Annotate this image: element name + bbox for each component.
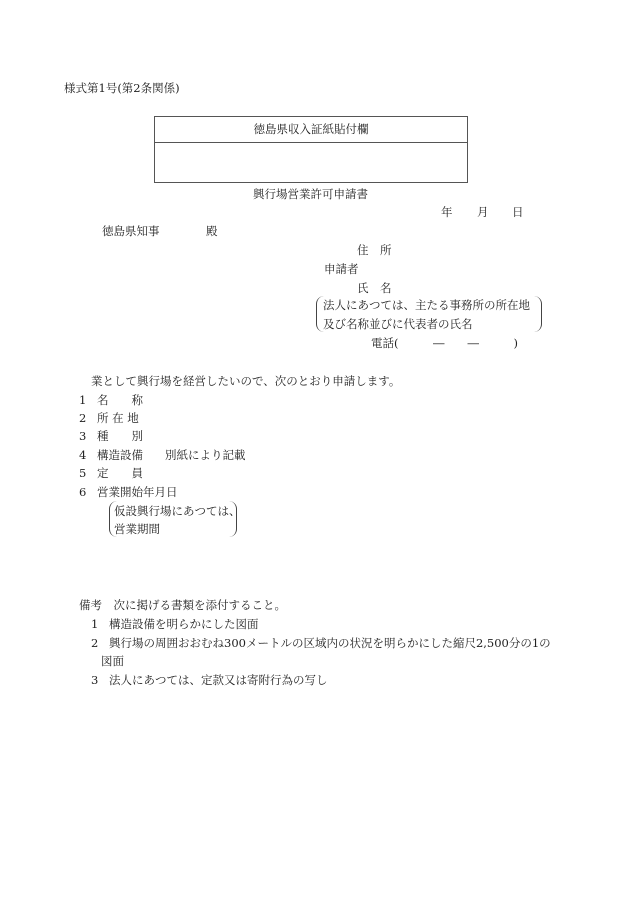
item-label: 構造設備 — [97, 448, 143, 462]
remark-text: 興行場の周囲おおむね300メートルの区域内の状況を明らかにした縮尺2,500分の… — [109, 636, 551, 650]
date-day: 日 — [512, 205, 524, 219]
remark-number: 1 — [91, 617, 98, 631]
document-title: 興行場営業許可申請書 — [253, 187, 368, 201]
date-year: 年 — [441, 205, 453, 219]
form-number: 様式第1号(第2条関係) — [64, 81, 180, 95]
addressee-name: 徳島県知事 — [102, 224, 160, 238]
remarks-heading: 備考 次に掲げる書類を添付すること。 — [79, 598, 286, 612]
item-label: 名 称 — [97, 393, 143, 407]
address-label: 住 所 — [357, 243, 392, 257]
item-label: 定 員 — [97, 466, 143, 480]
item-number: 5 — [79, 466, 86, 480]
name-label: 氏 名 — [357, 281, 392, 295]
remark-number: 2 — [91, 636, 98, 650]
item-number: 3 — [79, 429, 86, 443]
revenue-stamp-box: 徳島県収入証紙貼付欄 — [154, 116, 468, 183]
item-number: 4 — [79, 448, 86, 462]
remark-text-continued: 図面 — [101, 654, 124, 668]
item-number: 6 — [79, 485, 86, 499]
applicant-label: 申請者 — [324, 262, 359, 276]
stamp-box-label: 徳島県収入証紙貼付欄 — [155, 117, 467, 143]
remark-text: 法人にあつては、定款又は寄附行為の写し — [109, 673, 328, 687]
remark-text: 構造設備を明らかにした図面 — [109, 617, 259, 631]
corporate-note-line1: 法人にあつては、主たる事務所の所在地 — [323, 298, 530, 312]
addressee-honorific: 殿 — [206, 224, 218, 238]
intro-text: 業として興行場を経営したいので、次のとおり申請します。 — [91, 374, 400, 388]
item-number: 1 — [79, 393, 86, 407]
phone-label: 電話( ― ― ) — [371, 336, 518, 350]
date-month: 月 — [477, 205, 489, 219]
item-label: 営業開始年月日 — [97, 485, 178, 499]
item-label: 種 別 — [97, 429, 143, 443]
temporary-note-line1: 仮設興行場にあつては、 — [114, 504, 241, 518]
item-label: 所 在 地 — [97, 411, 139, 425]
item-number: 2 — [79, 411, 86, 425]
item-value: 別紙により記載 — [165, 448, 246, 462]
temporary-note-line2: 営業期間 — [114, 522, 160, 536]
remark-number: 3 — [91, 673, 98, 687]
corporate-note-line2: 及び名称並びに代表者の氏名 — [323, 317, 473, 331]
